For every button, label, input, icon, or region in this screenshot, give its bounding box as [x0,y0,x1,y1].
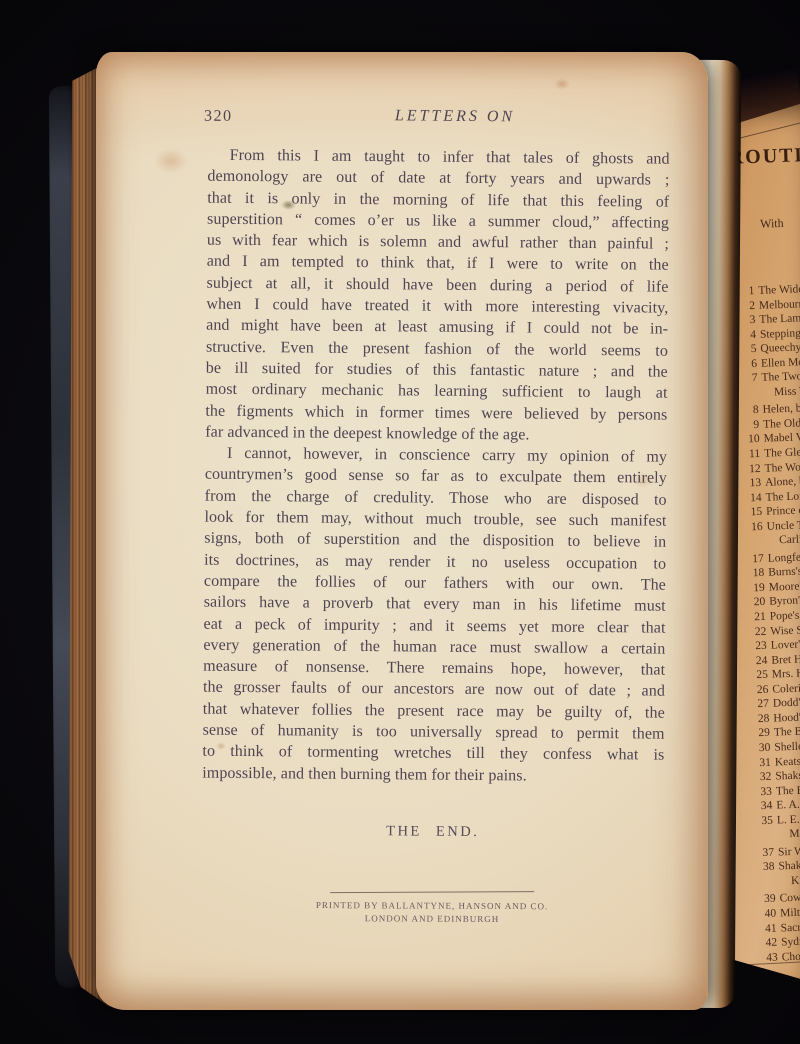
catalog-item-title: L. E. [777,812,800,827]
text-line: impossible, and then burning them for th… [202,762,664,787]
catalog-item-number: 26 [736,682,772,698]
running-title: LETTERS ON [395,107,515,126]
page-number: 320 [204,108,233,126]
catalog-item-title: Byron's [769,594,800,610]
catalog-item-title: The B [774,725,800,741]
catalog-item-title: Longfel [768,550,800,566]
catalog-item-title: Prince of [766,503,800,519]
catalog-item-title: Uncle T [766,518,800,534]
catalog-item-title: Wise S [770,623,800,639]
catalog-item-title: Hood's [773,710,800,726]
catalog-item-title: Shaks [778,859,800,874]
catalog-item: 37Sir W [742,842,800,861]
catalog-item-title: Ellen Mo [761,355,800,371]
catalog-item-number: 40 [744,906,780,922]
catalog-item-number: 23 [735,639,771,655]
catalog-item-title: Choic [781,949,800,964]
catalog-item-title: The Wide [758,282,800,298]
catalog-item-title: Lover's [771,638,800,654]
catalog-item-title: Sacre [780,920,800,935]
catalog-item-number: 32 [739,770,775,786]
catalog-item-title: Dodd's [773,696,800,712]
catalog-item-number: 28 [737,711,773,727]
catalog-item-title: Mrs. H [772,667,800,683]
page-header: 320 LETTERS ON [208,106,670,130]
left-page: 320 LETTERS ON From this I am taught to … [96,52,708,1010]
foxing-spot [154,148,188,174]
catalog-item-title: Sir W [778,844,800,859]
catalog-item-title: Queechy, [760,341,800,357]
catalog-item-title: Helen, by [762,402,800,418]
catalog-item-title: Bret H [771,652,800,668]
book-photo: { "page": { "number": "320", "running_ti… [0,0,800,1044]
catalog-item-title: Stepping [760,326,800,342]
imprint-line-2: LONDON AND EDINBURGH [201,911,663,926]
catalog-item-number: 25 [736,668,772,684]
catalog-item: 39Cowpe [743,889,800,908]
catalog-item-title: Melbourne [759,297,800,313]
foxing-spot [554,78,570,90]
catalog-item-title: Colerid [772,681,800,697]
paragraph: From this I am taught to infer that tale… [205,145,670,447]
catalog-item-title: Alone, b [765,474,800,490]
catalog-item-number: 30 [738,741,774,757]
body-text: From this I am taught to infer that tale… [202,145,670,788]
catalog-item-title: The Loft [765,489,800,505]
catalog-item-title: Mabel Va [763,431,800,447]
catalog-item-number: 35 [741,813,777,829]
catalog-item-title: The Glen [764,445,800,461]
catalog-item-title: Keats' [775,754,800,770]
catalog-item-number: 24 [735,653,771,669]
catalog-item-title: Cowpe [779,891,800,907]
catalog-item-title: The Wor [764,460,800,476]
catalog-item-number: 31 [739,755,775,771]
catalog-item-number: 21 [734,610,770,626]
catalog-item-title: E. A. [776,798,800,813]
catalog-item-title: Sydne [781,935,800,951]
catalog-item-number: 42 [745,936,781,952]
catalog-item-number: 33 [740,784,776,800]
catalog-item-number: 41 [744,921,780,937]
catalog-item-number: 22 [734,624,770,640]
catalog-item-number: 34 [740,799,776,815]
catalog-item-number: 37 [742,845,778,861]
the-end-label: THE END. [202,822,664,843]
catalog-item-title: Burns's [768,565,800,581]
catalog-item-title: Shelle [774,740,800,756]
catalog-item-number: 38 [742,860,778,876]
catalog-item-number: 27 [737,697,773,713]
catalog-item-title: Pope's [770,609,800,625]
printer-imprint: PRINTED BY BALLANTYNE, HANSON AND CO. LO… [201,890,663,926]
catalog-item-number: 43 [745,950,781,966]
catalog-item-title: The B [776,783,800,799]
catalog-item-title: The Lamp [759,311,800,327]
catalog-subtitle: With [760,216,784,232]
catalog-item-title: The Old [763,416,800,432]
catalog-item-number: 39 [743,892,779,908]
catalog-item-title: Milto [780,906,800,921]
catalog-item-number: 29 [738,726,774,742]
catalog-item-title: Shaksp [775,768,800,784]
paragraph: I cannot, however, in conscience carry m… [202,443,667,788]
catalog-item-number: 19 [733,581,769,597]
page-content: 320 LETTERS ON From this I am taught to … [201,106,670,970]
catalog-item-number: 20 [733,595,769,611]
imprint-rule [330,891,534,893]
catalog-item-title: Moore's [769,579,800,595]
catalog-item-title: The Two [761,370,800,386]
